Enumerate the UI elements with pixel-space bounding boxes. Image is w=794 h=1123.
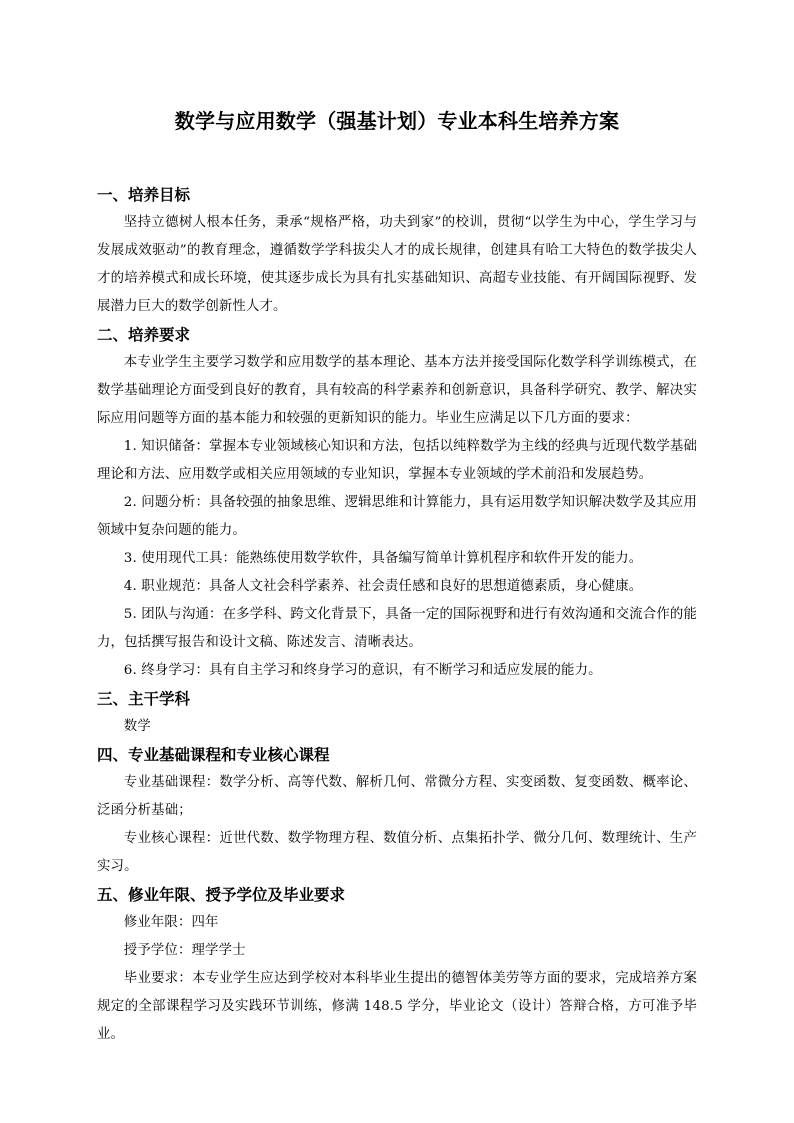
paragraph: 专业核心课程：近世代数、数学物理方程、数值分析、点集拓扑学、微分几何、数理统计、…	[97, 825, 697, 881]
requirement-item: 5. 团队与沟通：在多学科、跨文化背景下，具备一定的国际视野和进行有效沟通和交流…	[97, 601, 697, 657]
section-training-objectives: 一、培养目标 坚持立德树人根本任务，秉承“规格严格，功夫到家”的校训，贯彻“以学…	[97, 181, 697, 321]
paragraph: 毕业要求：本专业学生应达到学校对本科毕业生提出的德智体美劳等方面的要求，完成培养…	[97, 965, 697, 1049]
document-title: 数学与应用数学（强基计划）专业本科生培养方案	[0, 106, 794, 136]
paragraph: 授予学位：理学学士	[97, 937, 697, 965]
section-main-discipline: 三、主干学科 数学	[97, 685, 697, 741]
requirement-item: 2. 问题分析：具备较强的抽象思维、逻辑思维和计算能力，具有运用数学知识解决数学…	[97, 489, 697, 545]
paragraph: 本专业学生主要学习数学和应用数学的基本理论、基本方法并接受国际化数学科学训练模式…	[97, 349, 697, 433]
section-duration-degree-graduation: 五、修业年限、授予学位及毕业要求 修业年限：四年 授予学位：理学学士 毕业要求：…	[97, 881, 697, 1049]
paragraph: 数学	[97, 713, 697, 741]
section-heading: 二、培养要求	[97, 321, 697, 349]
document-body: 一、培养目标 坚持立德树人根本任务，秉承“规格严格，功夫到家”的校训，贯彻“以学…	[97, 181, 697, 1049]
requirement-item: 4. 职业规范：具备人文社会科学素养、社会责任感和良好的思想道德素质，身心健康。	[97, 573, 697, 601]
document-page: 数学与应用数学（强基计划）专业本科生培养方案 一、培养目标 坚持立德树人根本任务…	[0, 0, 794, 1123]
section-heading: 一、培养目标	[97, 181, 697, 209]
requirement-item: 6. 终身学习：具有自主学习和终身学习的意识，有不断学习和适应发展的能力。	[97, 657, 697, 685]
paragraph: 坚持立德树人根本任务，秉承“规格严格，功夫到家”的校训，贯彻“以学生为中心，学生…	[97, 209, 697, 321]
section-heading: 四、专业基础课程和专业核心课程	[97, 741, 697, 769]
section-heading: 五、修业年限、授予学位及毕业要求	[97, 881, 697, 909]
section-courses: 四、专业基础课程和专业核心课程 专业基础课程：数学分析、高等代数、解析几何、常微…	[97, 741, 697, 881]
requirement-item: 3. 使用现代工具：能熟练使用数学软件，具备编写简单计算机程序和软件开发的能力。	[97, 545, 697, 573]
paragraph: 修业年限：四年	[97, 909, 697, 937]
section-heading: 三、主干学科	[97, 685, 697, 713]
paragraph: 专业基础课程：数学分析、高等代数、解析几何、常微分方程、实变函数、复变函数、概率…	[97, 769, 697, 825]
section-training-requirements: 二、培养要求 本专业学生主要学习数学和应用数学的基本理论、基本方法并接受国际化数…	[97, 321, 697, 685]
requirement-item: 1. 知识储备：掌握本专业领域核心知识和方法，包括以纯粹数学为主线的经典与近现代…	[97, 433, 697, 489]
